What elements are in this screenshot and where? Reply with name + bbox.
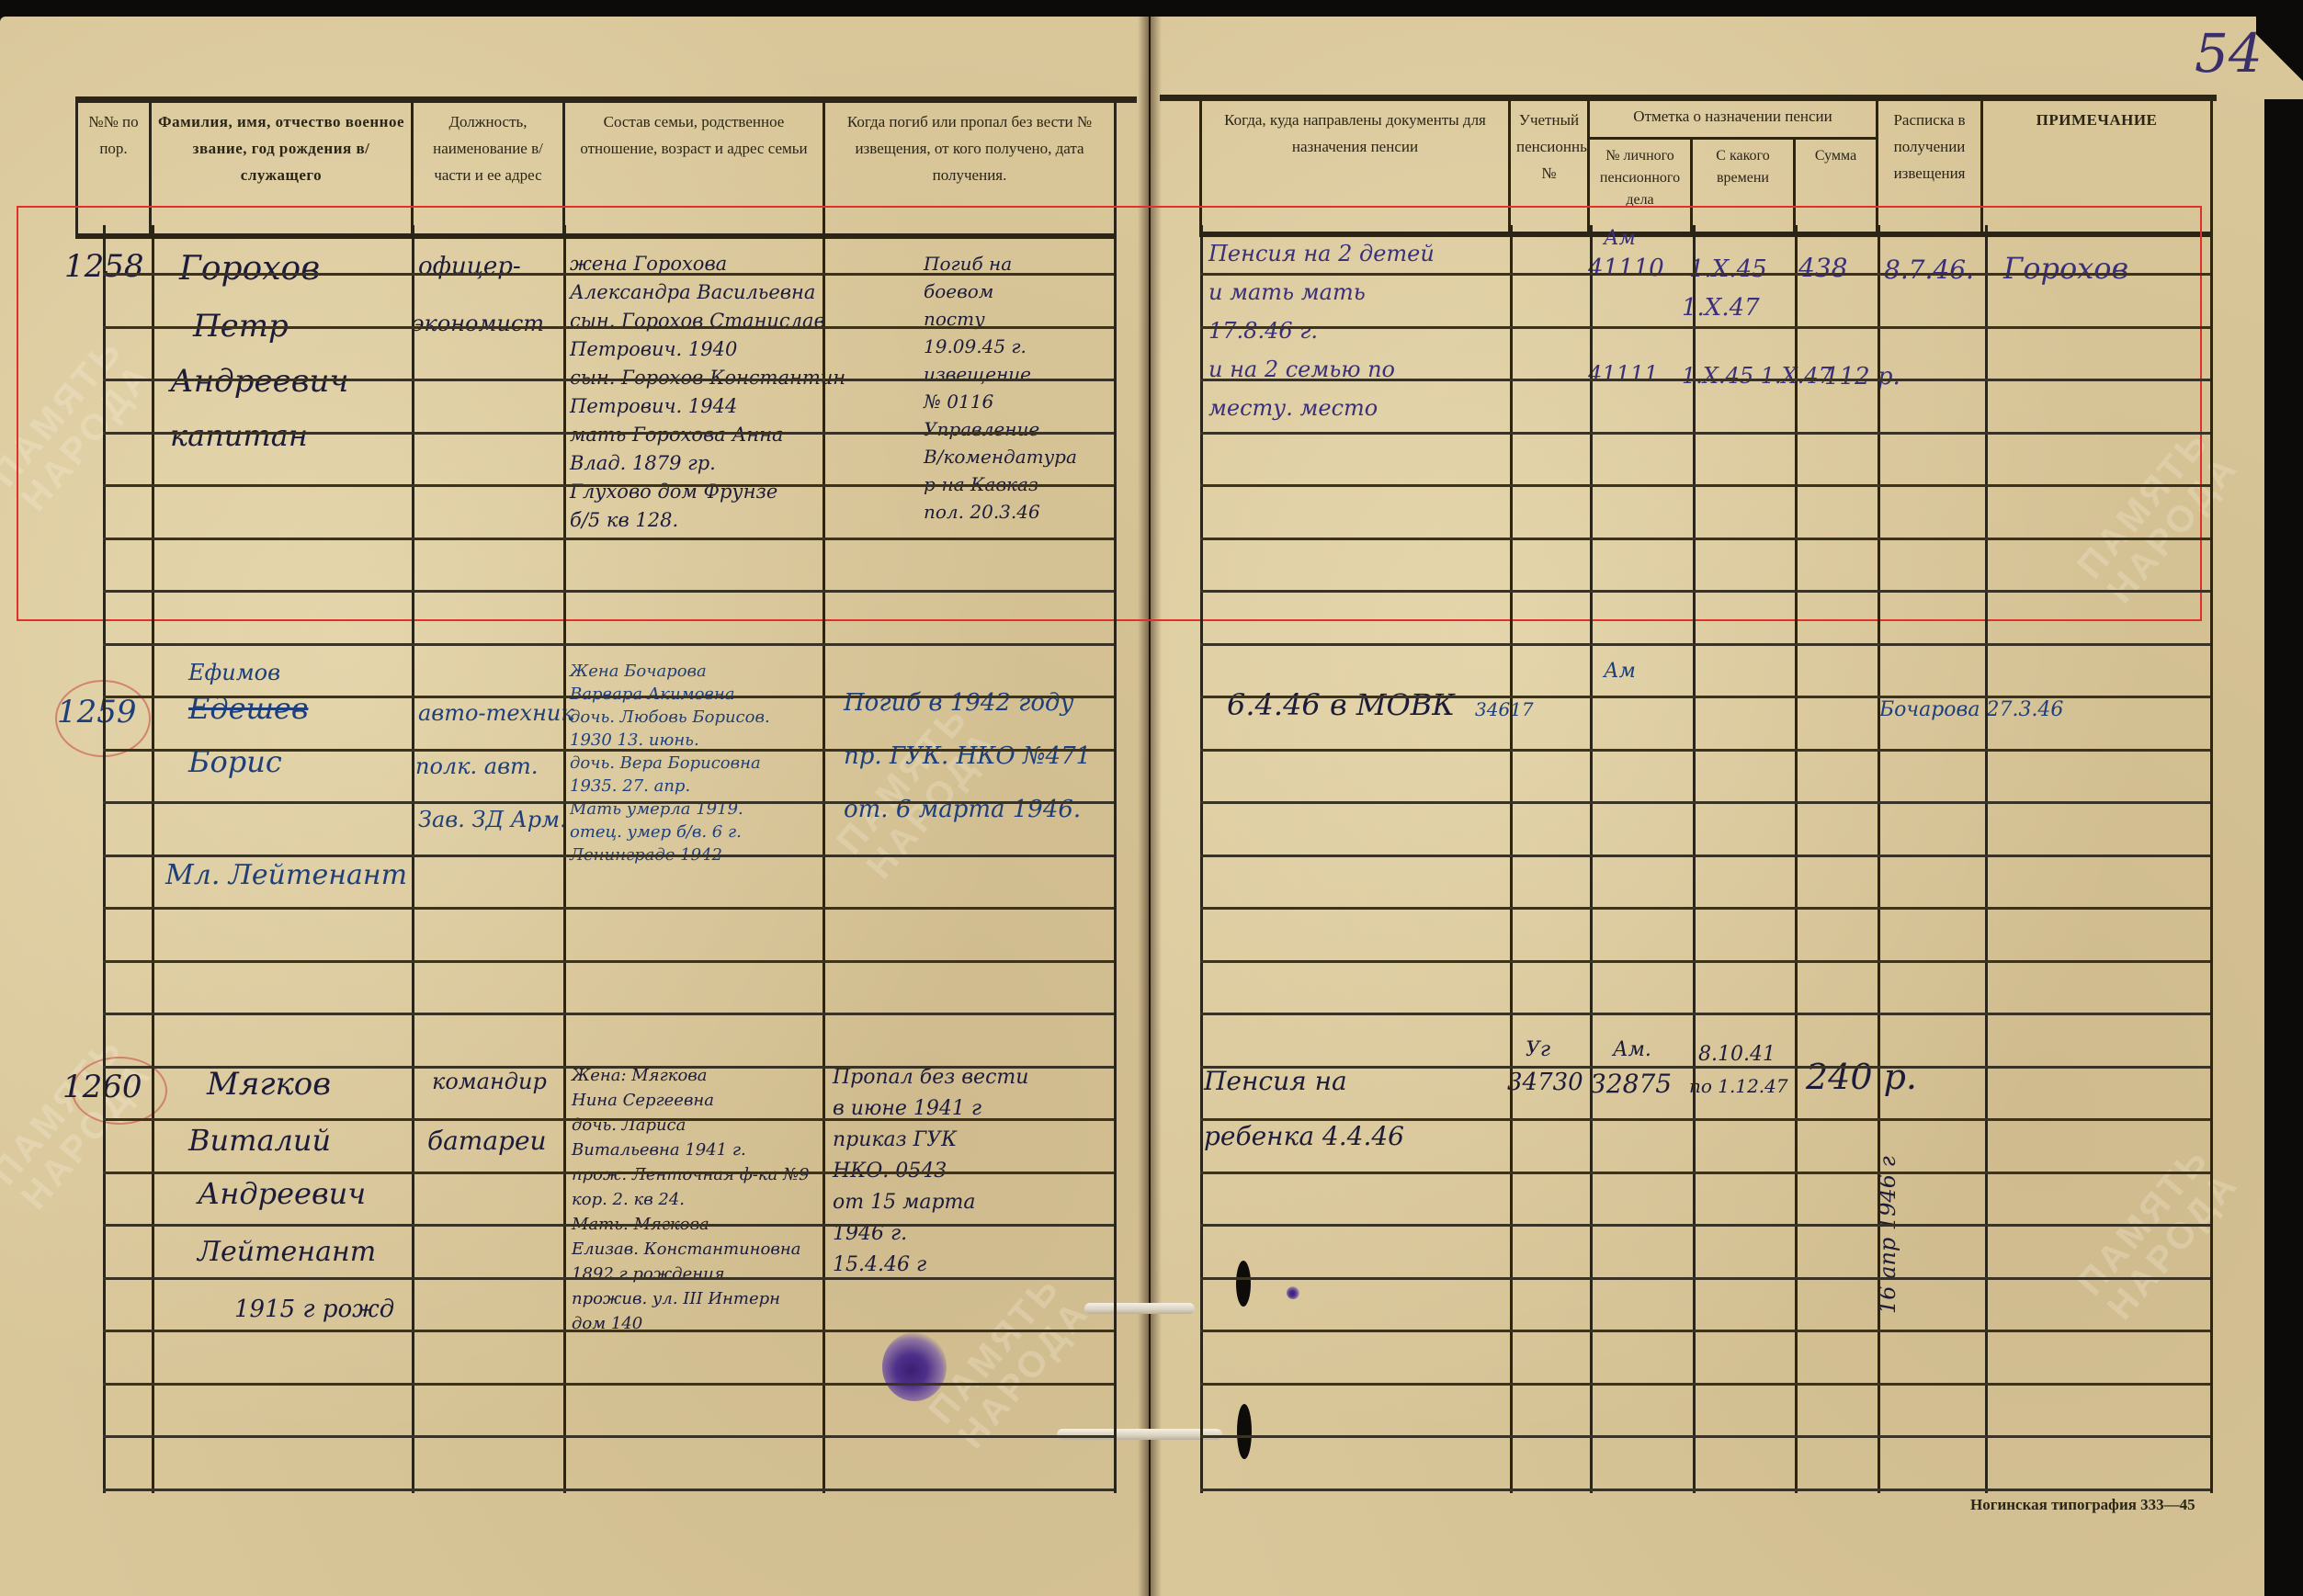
position-line: командир bbox=[432, 1069, 547, 1094]
grid-line bbox=[1590, 225, 1593, 1493]
binding-rivet bbox=[1236, 1261, 1251, 1307]
handwritten-line: Погиб в 1942 году bbox=[844, 689, 1074, 717]
pension-since: 8.10.41 bbox=[1698, 1043, 1775, 1066]
grid-line bbox=[822, 225, 825, 1493]
account-number: 34617 bbox=[1475, 698, 1534, 720]
position-line: авто-техник bbox=[418, 700, 574, 726]
grid-line bbox=[1200, 855, 2210, 857]
grid-line bbox=[103, 1277, 1114, 1280]
grid-line bbox=[1200, 749, 2210, 752]
position-line: полк. авт. bbox=[415, 753, 538, 779]
docs-sent: Пенсия на bbox=[1204, 1066, 1347, 1096]
grid-line bbox=[1200, 326, 2210, 329]
grid-line bbox=[103, 273, 1114, 276]
handwritten-line: 1892 г рождения bbox=[572, 1264, 725, 1284]
handwritten-line: Нина Сергеевна bbox=[572, 1091, 714, 1110]
handwritten-line: отец. умер б/в. 6 г. bbox=[570, 822, 742, 842]
first-name: Виталий bbox=[188, 1123, 331, 1158]
grid-line bbox=[1200, 1488, 2210, 1491]
docs-sent: ребенка 4.4.46 bbox=[1204, 1121, 1404, 1151]
grid-line bbox=[1985, 225, 1988, 1493]
grid-line bbox=[1200, 1435, 2210, 1438]
birth-year: 1915 г рожд bbox=[234, 1296, 394, 1323]
pension-amount: 240 р. bbox=[1806, 1057, 1917, 1097]
grid-line bbox=[103, 907, 1114, 910]
grid-line bbox=[103, 538, 1114, 540]
grid-line bbox=[103, 379, 1114, 381]
receipt: Бочарова 27.3.46 bbox=[1879, 698, 2063, 721]
handwritten-line: от 15 марта bbox=[833, 1191, 976, 1214]
grid-line bbox=[1200, 590, 2210, 593]
handwritten-line: от. 6 марта 1946. bbox=[844, 796, 1081, 823]
handwritten-line: прож. Ленточная ф-ка №9 bbox=[572, 1165, 810, 1184]
grid-line bbox=[1200, 1224, 2210, 1227]
grid-line bbox=[1200, 960, 2210, 963]
case-series: Ам. bbox=[1613, 1038, 1651, 1061]
top-rule-right bbox=[1160, 95, 2217, 101]
patronymic: Андреевич bbox=[198, 1176, 366, 1211]
handwritten-line: прожив. ул. III Интерн bbox=[572, 1289, 780, 1308]
handwritten-line: Жена: Мягкова bbox=[572, 1066, 708, 1085]
position-line: Зав. ЗД Арм. bbox=[418, 807, 567, 832]
grid-line bbox=[1200, 1118, 2210, 1121]
position-line: батареи bbox=[427, 1126, 547, 1156]
surname: Мягков bbox=[207, 1066, 331, 1103]
rank: Мл. Лейтенант bbox=[165, 859, 407, 891]
case-number: 32875 bbox=[1590, 1069, 1672, 1099]
grid-line bbox=[103, 801, 1114, 804]
handwritten-line: пр. ГУК. НКО №471 bbox=[844, 742, 1091, 770]
grid-line bbox=[1200, 643, 2210, 646]
handwritten-line: приказ ГУК bbox=[833, 1128, 957, 1151]
grid-line bbox=[103, 1435, 1114, 1438]
rank: Лейтенант bbox=[198, 1236, 376, 1268]
grid-line bbox=[563, 225, 566, 1493]
header-pension-mark: Отметка о назначении пенсии bbox=[1589, 101, 1878, 139]
grid-line bbox=[1200, 1330, 2210, 1332]
grid-line bbox=[103, 1013, 1114, 1015]
grid-line bbox=[103, 1172, 1114, 1174]
grid-line bbox=[1200, 1066, 2210, 1069]
record-number: 1259 bbox=[57, 694, 137, 730]
handwritten-line: дочь. Вера Борисовна bbox=[570, 753, 761, 773]
grid-line bbox=[1200, 273, 2210, 276]
grid-line bbox=[103, 326, 1114, 329]
grid-line bbox=[1200, 225, 1203, 1493]
grid-line bbox=[1693, 225, 1696, 1493]
grid-line bbox=[103, 1383, 1114, 1386]
surname-correction: Ефимов bbox=[188, 660, 280, 685]
pension-until: по 1.12.47 bbox=[1689, 1075, 1788, 1097]
docs-sent: 6.4.46 в МОВК bbox=[1227, 687, 1455, 722]
top-rule-left bbox=[75, 96, 1137, 103]
grid-line bbox=[103, 643, 1114, 646]
grid-line bbox=[1510, 225, 1513, 1493]
handwritten-line: Пропал без вести bbox=[833, 1066, 1028, 1089]
grid-line bbox=[103, 749, 1114, 752]
grid-line bbox=[1200, 1013, 2210, 1015]
account-series: Уг bbox=[1526, 1038, 1550, 1061]
grid-line bbox=[1795, 225, 1798, 1493]
grid-line bbox=[1200, 484, 2210, 487]
grid-line bbox=[1200, 1277, 2210, 1280]
grid-line bbox=[1200, 1172, 2210, 1174]
grid-line bbox=[103, 432, 1114, 435]
printer-imprint: Ногинская типография 333—45 bbox=[1970, 1496, 2195, 1514]
grid-line bbox=[1200, 907, 2210, 910]
grid-line bbox=[103, 855, 1114, 857]
case-series: Ам bbox=[1604, 660, 1636, 683]
grid-line bbox=[103, 1118, 1114, 1121]
grid-line bbox=[412, 225, 414, 1493]
grid-line bbox=[1878, 225, 1880, 1493]
handwritten-line: Витальевна 1941 г. bbox=[572, 1140, 746, 1160]
handwritten-line: в июне 1941 г bbox=[833, 1097, 981, 1120]
handwritten-line: кор. 2. кв 24. bbox=[572, 1190, 685, 1209]
ink-blot bbox=[882, 1332, 947, 1401]
handwritten-line: 1930 13. июнь. bbox=[570, 730, 699, 750]
grid-line bbox=[103, 484, 1114, 487]
binding-thread bbox=[1084, 1303, 1195, 1314]
grid-line bbox=[103, 1224, 1114, 1227]
grid-line bbox=[103, 225, 106, 1493]
binding-rivet bbox=[1237, 1404, 1252, 1459]
handwritten-line: Елизав. Константиновна bbox=[572, 1239, 800, 1259]
ink-dot bbox=[1287, 1286, 1299, 1299]
handwritten-line: 15.4.46 г bbox=[833, 1253, 926, 1276]
binding-thread bbox=[1057, 1429, 1222, 1440]
grid-line bbox=[1114, 225, 1117, 1493]
grid-line bbox=[103, 1488, 1114, 1491]
grid-line bbox=[103, 590, 1114, 593]
account-number: 34730 bbox=[1507, 1069, 1583, 1096]
grid-line bbox=[1200, 538, 2210, 540]
selection-highlight bbox=[17, 206, 2202, 621]
handwritten-line: Жена Бочарова bbox=[570, 662, 707, 681]
grid-line bbox=[103, 1330, 1114, 1332]
grid-line bbox=[1200, 801, 2210, 804]
grid-line bbox=[103, 960, 1114, 963]
page-corner bbox=[2256, 17, 2303, 99]
grid-line bbox=[1200, 1383, 2210, 1386]
grid-line bbox=[152, 225, 154, 1493]
handwritten-line: Варвара Акимовна bbox=[570, 685, 734, 704]
handwritten-line: 1935. 27. апр. bbox=[570, 776, 690, 796]
handwritten-line: дочь. Любовь Борисов. bbox=[570, 707, 770, 727]
grid-line bbox=[1200, 432, 2210, 435]
grid-line bbox=[103, 696, 1114, 698]
page-number: 54 bbox=[2195, 22, 2263, 85]
grid-line bbox=[1200, 379, 2210, 381]
grid-line bbox=[1200, 696, 2210, 698]
grid-line bbox=[2210, 225, 2213, 1493]
grid-line bbox=[103, 1066, 1114, 1069]
